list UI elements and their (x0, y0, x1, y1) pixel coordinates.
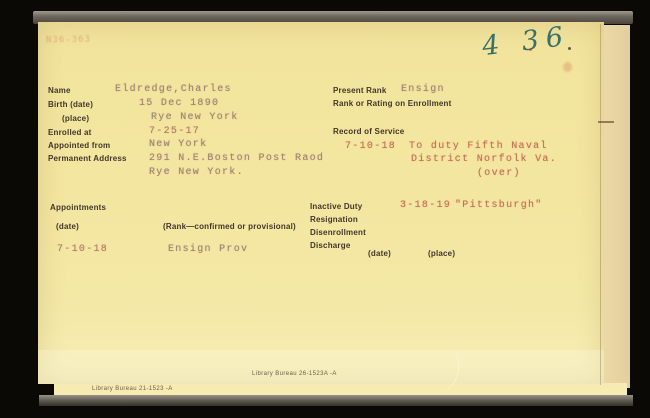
red-ink-smudge (563, 62, 572, 72)
card-crease-line (600, 24, 601, 385)
inactive-duty-date: 3-18-19 (400, 200, 451, 211)
birth-date-value: 15 Dec 1890 (139, 98, 219, 109)
appointment-date-value: 7-10-18 (57, 244, 108, 255)
appointment-rank-value: Ensign Prov (168, 244, 248, 255)
inactive-duty-place: "Pittsburgh" (455, 200, 543, 211)
scanned-card-photo: N36-363 4 36 Name Birth (date) (place) E… (0, 0, 650, 418)
name-value: Eldredge,Charles (115, 84, 232, 95)
resignation-label: Resignation (310, 215, 358, 224)
red-ink-dot (529, 48, 532, 51)
disenrollment-label: Disenrollment (310, 228, 366, 237)
present-rank-value: Ensign (401, 84, 445, 95)
form-print-footer: Library Bureau 26-1523A -A (252, 371, 337, 377)
appointments-rank-label: (Rank—confirmed or provisional) (163, 222, 296, 231)
discharge-label: Discharge (310, 241, 350, 250)
appointed-from-label: Appointed from (48, 141, 110, 150)
rank-on-enrollment-label: Rank or Rating on Enrollment (333, 99, 452, 108)
service-date: 7-10-18 (345, 141, 396, 152)
permanent-address-line1: 291 N.E.Boston Post Raod (149, 153, 324, 164)
name-label: Name (48, 86, 71, 95)
service-line1: To duty Fifth Naval (409, 141, 548, 152)
service-line2: District Norfolk Va. (411, 154, 557, 165)
birth-date-label: Birth (date) (48, 100, 93, 109)
birth-place-value: Rye New York (151, 112, 239, 123)
permanent-address-label: Permanent Address (48, 154, 127, 163)
backing-card-print: Library Bureau 21-1523 -A (92, 386, 173, 392)
separation-date-label: (date) (368, 249, 391, 258)
appointed-from-value: New York (149, 139, 207, 150)
appointments-label: Appointments (50, 203, 106, 212)
separation-place-label: (place) (428, 249, 455, 258)
enrolled-at-value: 7-25-17 (149, 126, 200, 137)
record-of-service-label: Record of Service (333, 127, 404, 136)
card-light-band (38, 350, 604, 384)
appointments-date-label: (date) (56, 222, 79, 231)
present-rank-label: Present Rank (333, 86, 387, 95)
red-edge-mark (598, 121, 614, 123)
inactive-duty-label: Inactive Duty (310, 202, 362, 211)
service-over-note: (over) (477, 168, 521, 179)
permanent-address-line2: Rye New York. (149, 167, 244, 178)
sleeve-bottom-edge (39, 395, 633, 406)
enrolled-at-label: Enrolled at (48, 128, 92, 137)
pencil-dot (568, 47, 571, 50)
birth-place-label: (place) (62, 114, 89, 123)
file-number-stamp: N36-363 (46, 35, 91, 46)
